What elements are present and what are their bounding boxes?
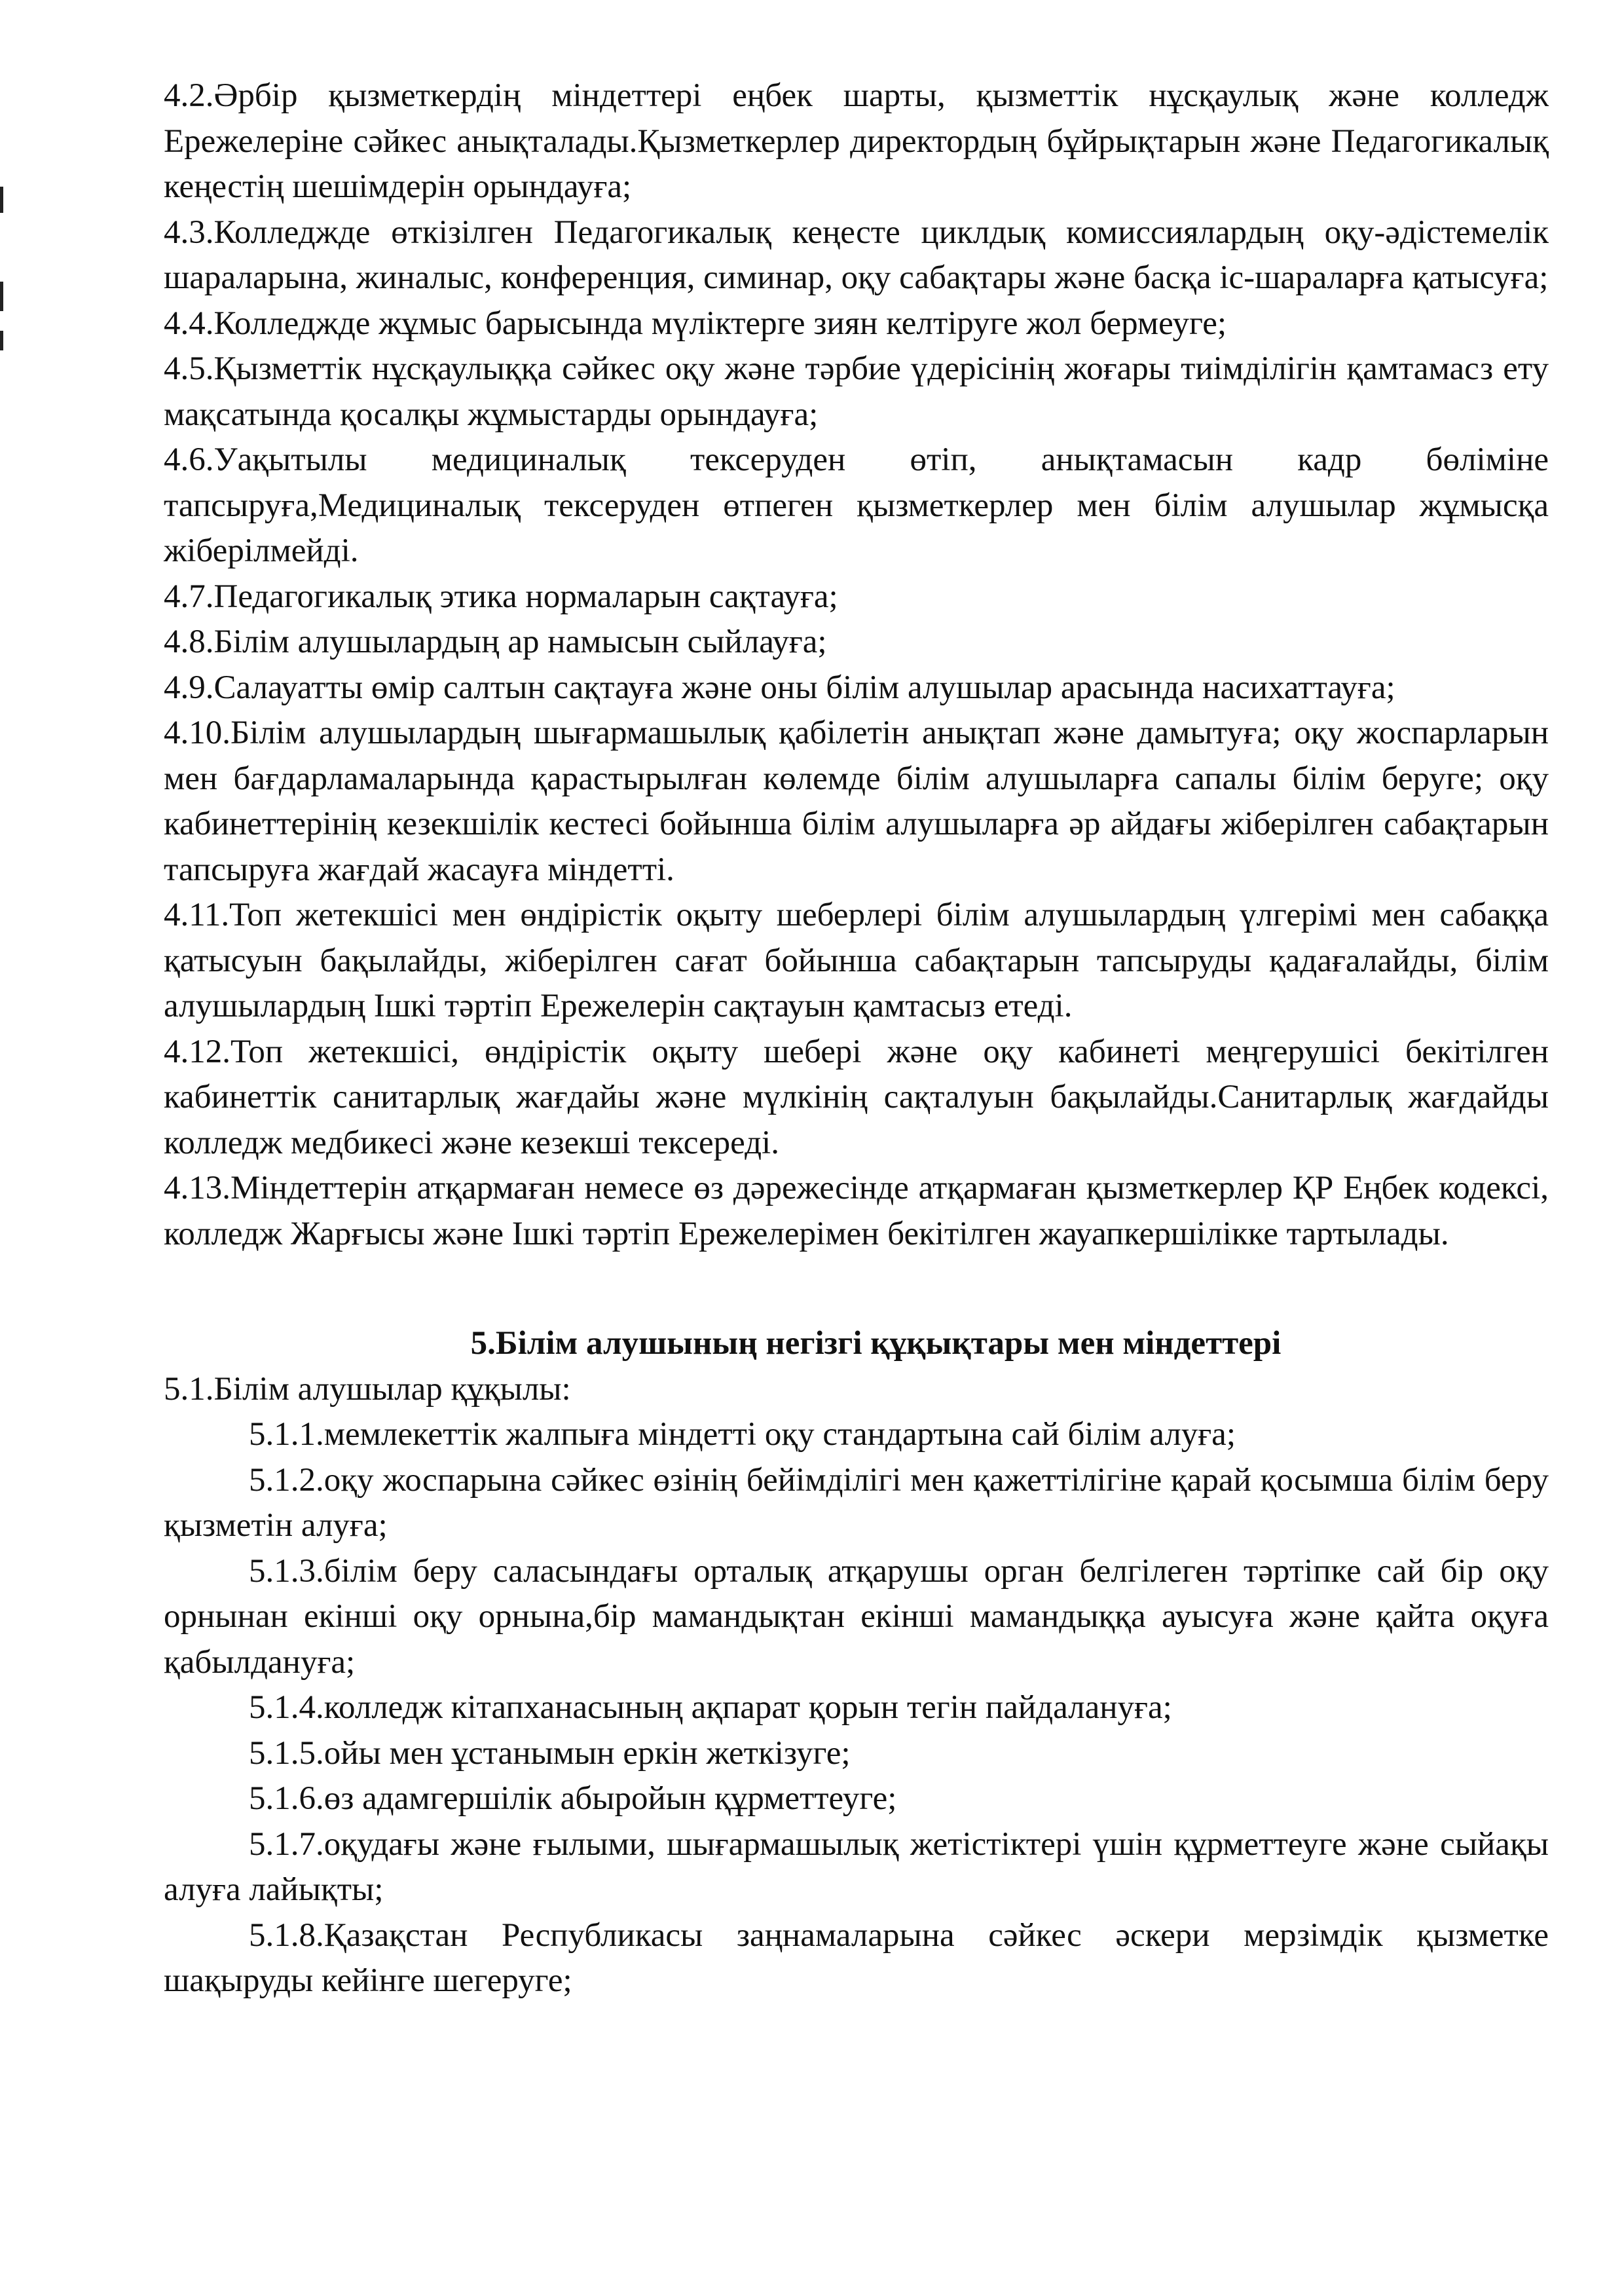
scan-edge-mark [0,187,3,213]
clause-4-9: 4.9.Салауатты өмір салтын сақтауға және … [164,665,1549,711]
clause-4-2: 4.2.Әрбір қызметкердің міндеттері еңбек … [164,73,1549,210]
clause-5-1-2: 5.1.2.оқу жоспарына сәйкес өзінің бейімд… [164,1458,1549,1549]
clause-4-13: 4.13.Міндеттерін атқармаған немесе өз дә… [164,1166,1549,1257]
clause-5-1-3: 5.1.3.білім беру саласындағы орталық атқ… [164,1549,1549,1686]
clause-4-12: 4.12.Топ жетекшісі, өндірістік оқыту шеб… [164,1030,1549,1166]
section-5-heading: 5.Білім алушының негізгі құқықтары мен м… [164,1321,1549,1367]
clause-5-1-4: 5.1.4.колледж кітапханасының ақпарат қор… [164,1685,1549,1731]
clause-4-6: 4.6.Уақытылы медициналық тексеруден өтіп… [164,438,1549,574]
clause-5-1-5: 5.1.5.ойы мен ұстанымын еркін жеткізуге; [164,1731,1549,1777]
clause-5-1-7: 5.1.7.оқудағы және ғылыми, шығармашылық … [164,1822,1549,1913]
clause-5-1-intro: 5.1.Білім алушылар құқылы: [164,1367,1549,1413]
scan-edge-mark [0,331,3,350]
clause-4-5: 4.5.Қызметтік нұсқаулыққа сәйкес оқу жән… [164,346,1549,438]
clause-4-7: 4.7.Педагогикалық этика нормаларын сақта… [164,574,1549,620]
clause-4-4: 4.4.Колледжде жұмыс барысында мүліктерге… [164,301,1549,347]
clause-5-1-6: 5.1.6.өз адамгершілік абыройын құрметтеу… [164,1776,1549,1822]
clause-4-3: 4.3.Колледжде өткізілген Педагогикалық к… [164,210,1549,301]
clause-5-1-8: 5.1.8.Қазақстан Республикасы заңнамалары… [164,1913,1549,2004]
clause-4-11: 4.11.Топ жетекшісі мен өндірістік оқыту … [164,893,1549,1030]
scan-edge-mark [0,282,3,311]
clause-4-10: 4.10.Білім алушылардың шығармашылық қабі… [164,711,1549,893]
clause-4-8: 4.8.Білім алушылардың ар намысын сыйлауғ… [164,620,1549,665]
clause-5-1-1: 5.1.1.мемлекеттік жалпыға міндетті оқу с… [164,1412,1549,1458]
document-page: 4.2.Әрбір қызметкердің міндеттері еңбек … [164,73,1549,2004]
